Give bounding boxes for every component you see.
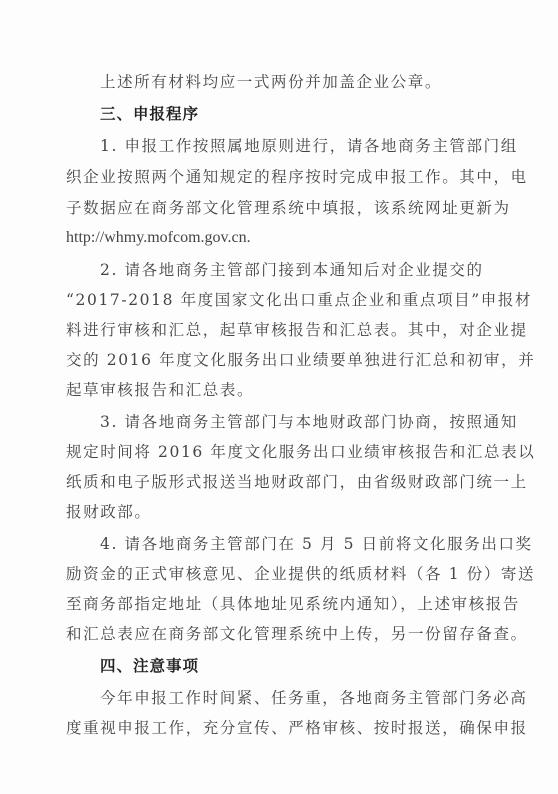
item-3-line-3: 纸质和电子版形式报送当地财政部门，由省级财政部门统一上 (66, 472, 490, 492)
item-2-line-3: 料进行审核和汇总，起草审核报告和汇总表。其中，对企业提 (66, 320, 490, 340)
item-3-line-4: 报财政部。 (66, 502, 490, 522)
item-4-line-1: 4. 请各地商务主管部门在 5 月 5 日前将文化服务出口奖 (100, 534, 490, 554)
notes-line-1: 今年申报工作时间紧、任务重，各地商务主管部门务必高 (100, 688, 490, 708)
scanned-document-page: 上述所有材料均应一式两份并加盖企业公章。 三、申报程序 1. 申报工作按照属地原… (0, 0, 558, 794)
item-3-line-2: 规定时间将 2016 年度文化服务出口业绩审核报告和汇总表以 (66, 442, 490, 462)
item-4-line-2: 励资金的正式审核意见、企业提供的纸质材料（各 1 份）寄送 (66, 564, 490, 584)
closing-sentence-materials: 上述所有材料均应一式两份并加盖企业公章。 (100, 72, 490, 92)
notes-line-2: 度重视申报工作，充分宣传、严格审核、按时报送，确保申报 (66, 718, 490, 738)
item-2-line-4: 交的 2016 年度文化服务出口业绩要单独进行汇总和初审，并 (66, 350, 490, 370)
item-4-line-4: 和汇总表应在商务部文化管理系统中上传，另一份留存备查。 (66, 624, 490, 644)
item-2-line-2: “2017-2018 年度国家文化出口重点企业和重点项目”申报材 (66, 290, 490, 310)
item-2-line-1: 2. 请各地商务主管部门接到本通知后对企业提交的 (100, 260, 490, 280)
section-heading-application-procedure: 三、申报程序 (100, 104, 490, 124)
section-heading-notes: 四、注意事项 (100, 656, 490, 676)
system-url-link: http://whmy.mofcom.gov.cn. (66, 228, 490, 248)
item-1-line-3: 子数据应在商务部文化管理系统中填报，该系统网址更新为 (66, 198, 490, 218)
item-2-line-5: 起草审核报告和汇总表。 (66, 380, 490, 400)
item-3-line-1: 3. 请各地商务主管部门与本地财政部门协商，按照通知 (100, 412, 490, 432)
item-1-line-2: 织企业按照两个通知规定的程序按时完成申报工作。其中，电 (66, 167, 490, 187)
item-1-line-1: 1. 申报工作按照属地原则进行，请各地商务主管部门组 (100, 136, 490, 156)
item-4-line-3: 至商务部指定地址（具体地址见系统内通知），上述审核报告 (66, 594, 490, 614)
